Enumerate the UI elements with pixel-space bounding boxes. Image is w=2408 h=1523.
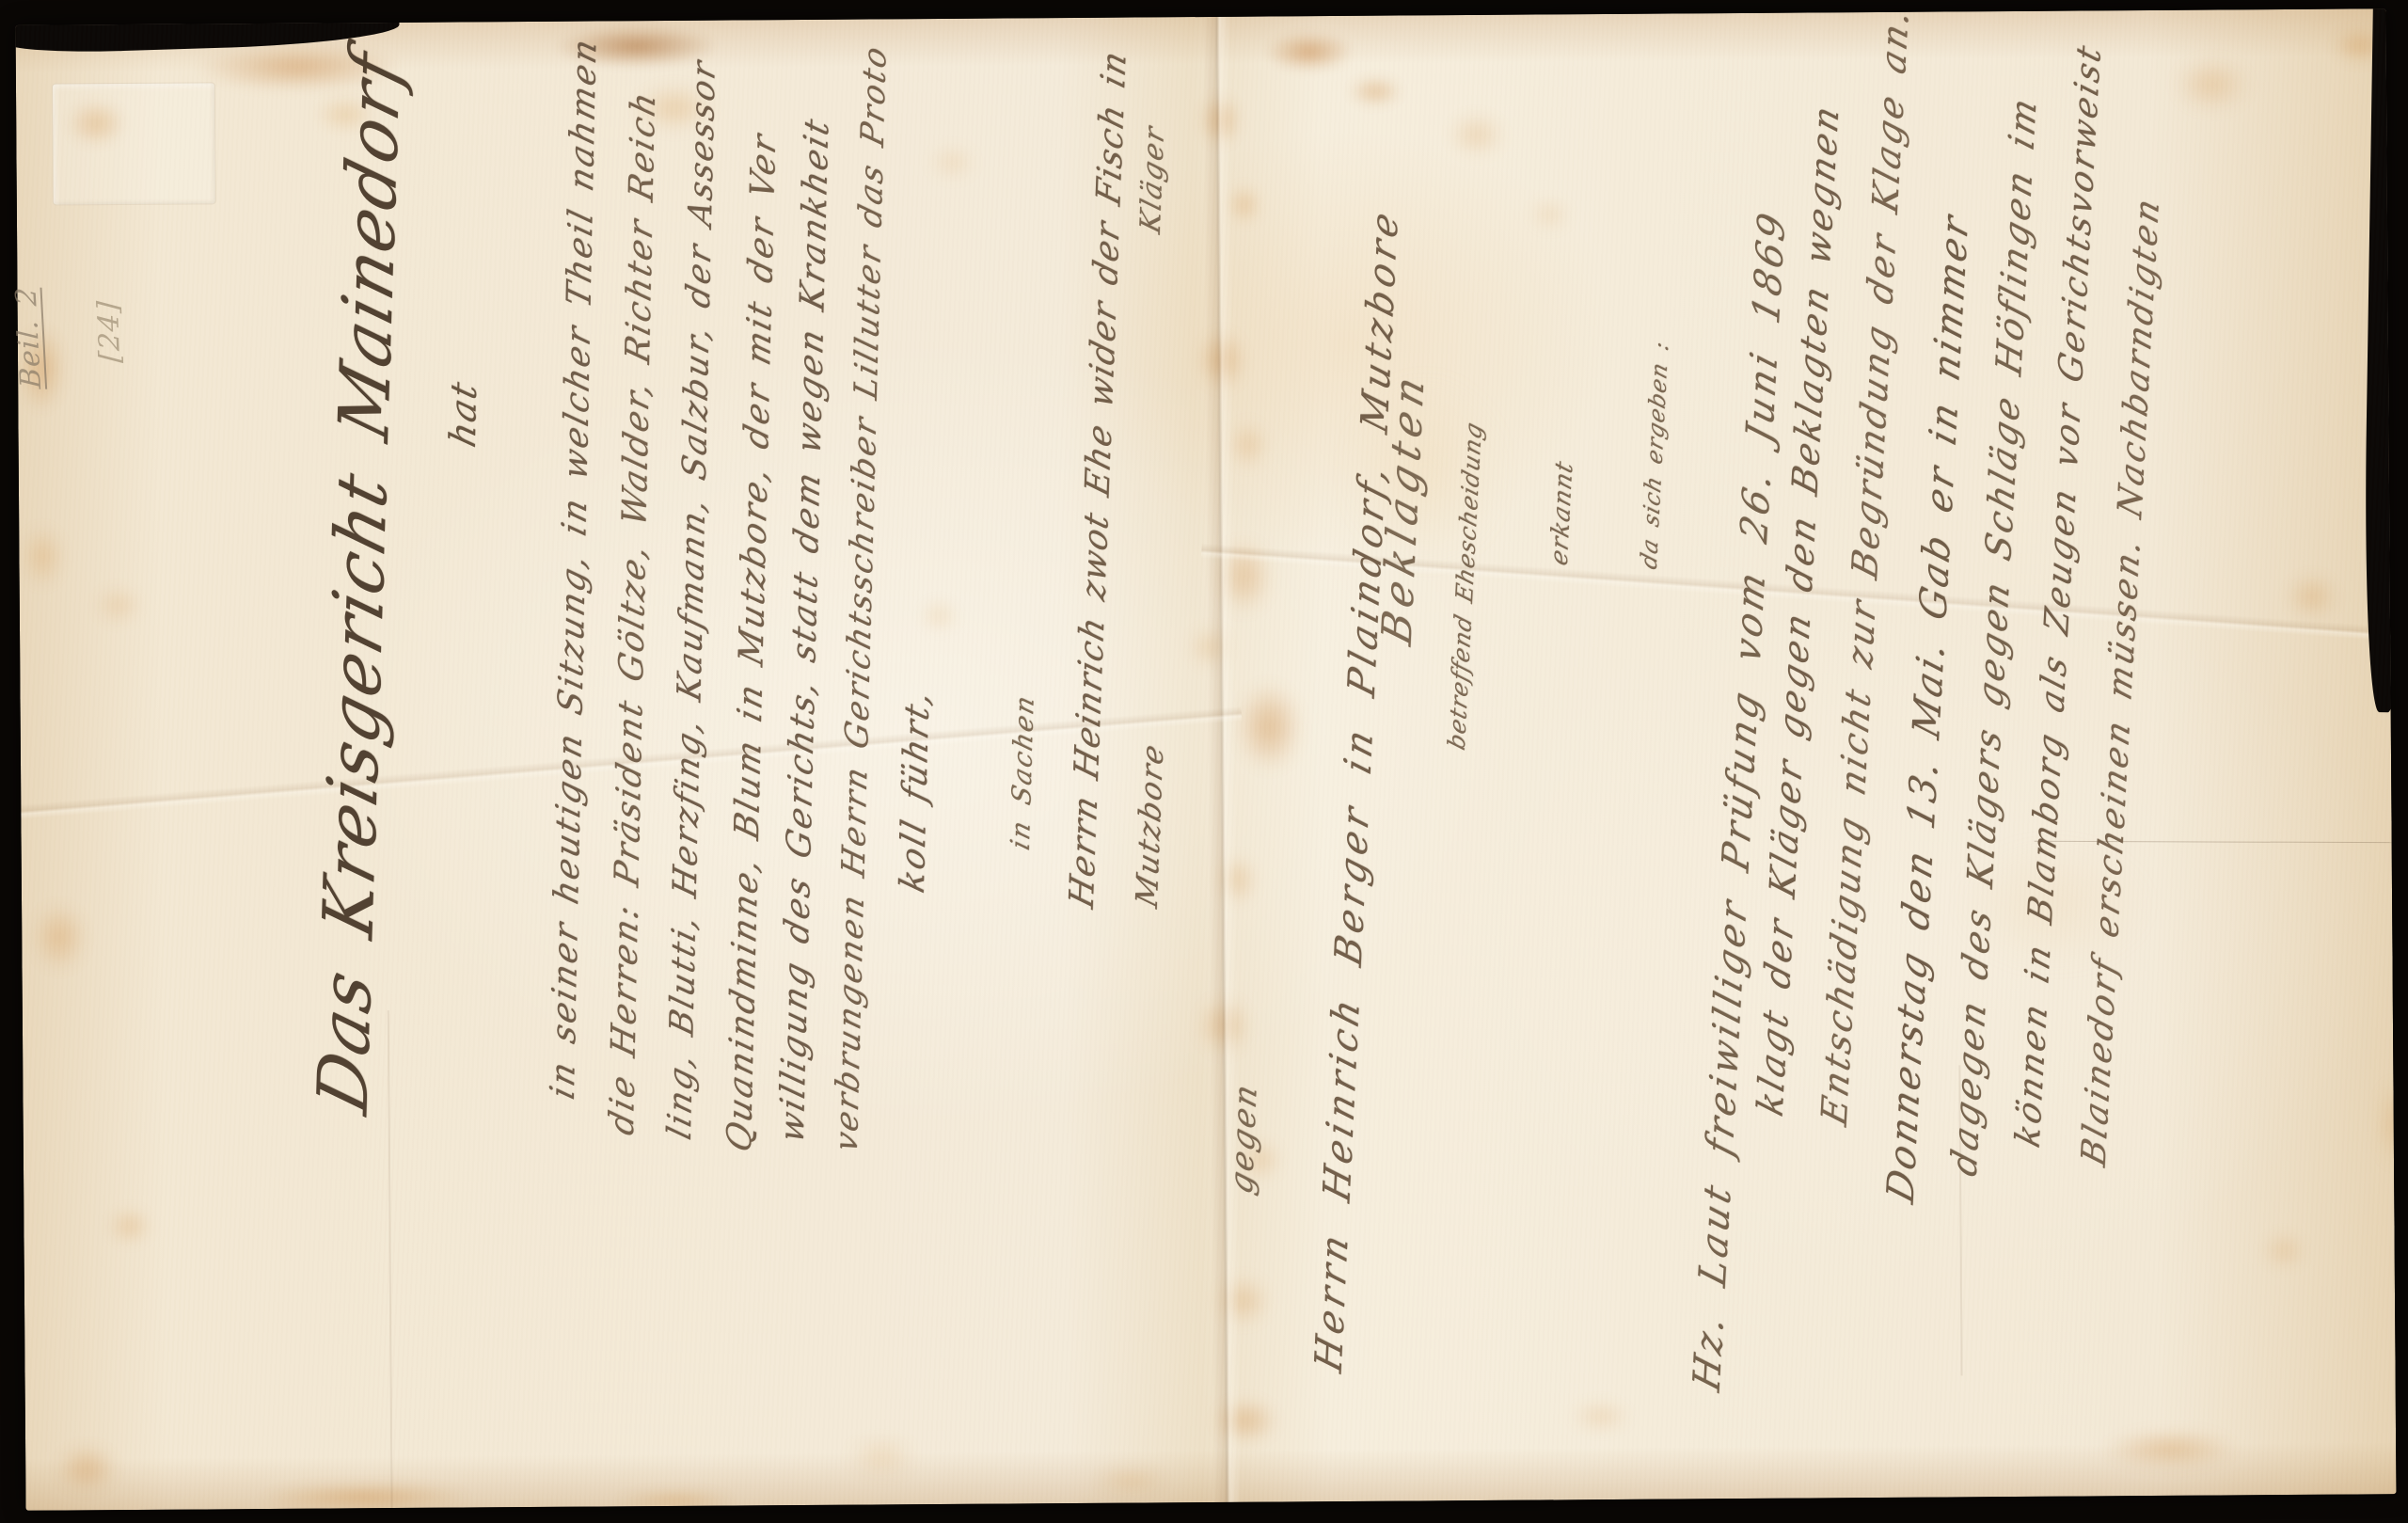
photo-background: Beil. 2[24]Das Kreisgericht Mainedorfhat… [0, 0, 2408, 1523]
paper-stain [1248, 24, 1370, 81]
paper-stain [1321, 344, 1529, 600]
paper-stain [2253, 1225, 2314, 1277]
paper-stain [44, 1436, 129, 1502]
paper-stain [1181, 619, 1238, 675]
paper-stain [1079, 1464, 1182, 1498]
paper-stain [1338, 70, 1413, 113]
paper-stain [1192, 83, 1249, 158]
paper-stain [834, 1428, 928, 1485]
paper-stain [618, 75, 731, 142]
paper-stain [1221, 177, 1268, 233]
paper-stain [1436, 104, 1516, 167]
paper-stain [303, 88, 388, 141]
paper-stain [2277, 566, 2348, 628]
crease-line-right [2035, 841, 2397, 843]
embossed-stamp [52, 82, 216, 205]
paper-stain [86, 579, 151, 631]
paper-stain [1222, 411, 1274, 477]
paper-stain [1201, 1389, 1291, 1452]
paper-edge-tear-right [2362, 8, 2396, 712]
paper-stain [2374, 1062, 2396, 1184]
paper-stain [1224, 665, 1314, 788]
vertical-center-fold [1202, 17, 1241, 1502]
paper-stain [2161, 49, 2265, 120]
paper-stain [1522, 193, 1578, 235]
paper-stain [16, 307, 75, 429]
paper-stain [590, 1485, 759, 1510]
paper-stain [1921, 819, 2185, 991]
faint-vertical-crease-left [388, 1010, 393, 1511]
paper-stain [16, 514, 71, 598]
horizontal-fold-right [1201, 543, 2397, 644]
faint-vertical-crease-right [1958, 1065, 1962, 1375]
paper-stain [1208, 1267, 1278, 1334]
paper-stain [1232, 1131, 1289, 1187]
paper-stain [1189, 318, 1256, 403]
paper-stain [1212, 845, 1264, 915]
paper-stain [22, 890, 98, 985]
paper-stain [2076, 1422, 2264, 1475]
paper-stain [1206, 524, 1282, 628]
paper-stain [919, 139, 985, 186]
paper-stain [1559, 1395, 1643, 1438]
paper-stain [913, 595, 965, 637]
paper-edge-tear-top-left [16, 8, 401, 55]
paper-stain [523, 16, 749, 76]
paper-stain [99, 1200, 160, 1252]
horizontal-fold-left [16, 706, 1243, 822]
paper-stain [1189, 986, 1260, 1067]
manuscript-paper [16, 8, 2397, 1511]
paper-stain [214, 1475, 515, 1511]
